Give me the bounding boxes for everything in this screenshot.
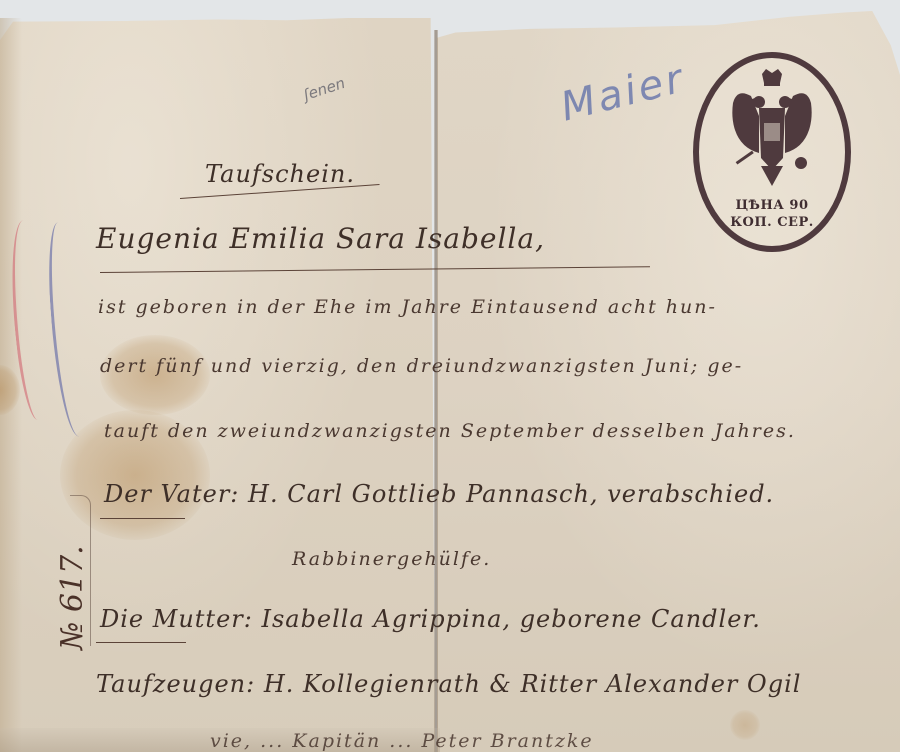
double-headed-eagle-icon [729,68,815,198]
water-stain [730,710,760,740]
father-line: Der Vater: H. Carl Gottlieb Pannasch, ve… [104,480,774,508]
document-sheet: ʃenen Maier [0,0,900,752]
stamp-currency: КОП. СЕР. [699,215,845,230]
document-title: Taufschein. [205,160,355,188]
revenue-stamp: ЦѢНА 90 КОП. СЕР. [693,52,851,252]
godparents-line-continued: vie, ... Kapitän ... Peter Brantzke [210,730,594,752]
father-label-underline [100,518,185,519]
center-fold [434,30,438,752]
child-names: Eugenia Emilia Sara Isabella, [96,222,545,255]
father-occupation: Rabbinergehülfe. [292,548,491,570]
godparents-line: Taufzeugen: H. Kollegienrath & Ritter Al… [96,670,801,698]
stamp-price: ЦѢНА 90 [699,198,845,213]
register-number: № 617. [55,545,90,650]
mother-line: Die Mutter: Isabella Agrippina, geborene… [100,605,761,633]
text-line-date: dert fünf und vierzig, den dreiundzwanzi… [100,355,743,377]
text-line-birth: ist geboren in der Ehe im Jahre Eintause… [98,296,717,318]
mother-label-underline [96,642,186,643]
text-line-baptism: tauft den zweiundzwanzigsten September d… [104,420,796,442]
